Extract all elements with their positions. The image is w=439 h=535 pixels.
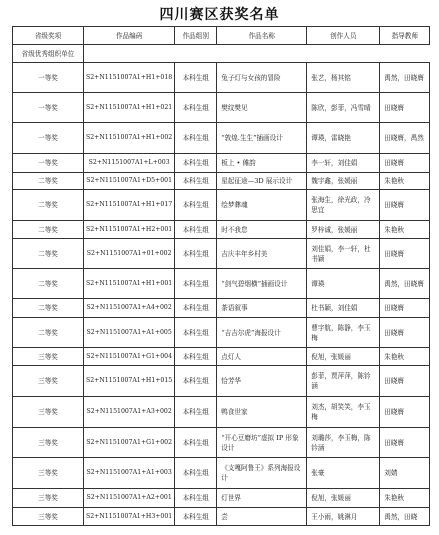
section-blank bbox=[84, 45, 430, 63]
creators-cell: 魏宇鑫，张媛丽 bbox=[307, 173, 380, 190]
award-cell: 二等奖 bbox=[13, 221, 84, 239]
work-name-cell: 《支嘎阿鲁王》系列海报设计 bbox=[217, 458, 307, 489]
work-name-cell: 点灯人 bbox=[217, 348, 307, 366]
advisor-cell: 田晓膺 bbox=[380, 366, 430, 397]
advisor-cell: 田晓膺 bbox=[380, 154, 430, 173]
creators-cell: 刘杰，胡笑笑，李玉梅 bbox=[307, 397, 380, 428]
advisor-cell: 田晓膺 bbox=[380, 397, 430, 428]
creators-cell: 谭瑛，雷晓艳 bbox=[307, 123, 380, 154]
header-code: 作品编码 bbox=[84, 27, 175, 45]
section-row-org: 省级优秀组织单位 bbox=[13, 45, 430, 63]
group-cell: 本科生组 bbox=[175, 397, 217, 428]
code-cell: S2+N1151007A1+A4+002 bbox=[84, 299, 175, 318]
creators-cell: 李一轩，刘佳娟 bbox=[307, 154, 380, 173]
creators-cell: 彭菲，贾萍萍，陈钤涵 bbox=[307, 366, 380, 397]
work-name-cell: 星起征途—3D 展示设计 bbox=[217, 173, 307, 190]
work-name-cell: 樊纹樊见 bbox=[217, 93, 307, 123]
table-row: 三等奖S2+N1151007A1+A1+003本科生组《支嘎阿鲁王》系列海报设计… bbox=[13, 458, 430, 489]
advisor-cell: 田晓膺 bbox=[380, 239, 430, 269]
advisor-cell: 田晓膺，禹然 bbox=[380, 123, 430, 154]
award-cell: 一等奖 bbox=[13, 123, 84, 154]
code-cell: S2+N1151007A1+A3+002 bbox=[84, 397, 175, 428]
header-advisor: 指导教师 bbox=[380, 27, 430, 45]
award-cell: 一等奖 bbox=[13, 63, 84, 93]
work-name-cell: “吉吉尔虎”海报设计 bbox=[217, 318, 307, 348]
work-name-cell: 吉庆丰年乡村美 bbox=[217, 239, 307, 269]
group-cell: 本科生组 bbox=[175, 269, 217, 299]
group-cell: 本科生组 bbox=[175, 93, 217, 123]
code-cell: S2+N1151007A1+D5+001 bbox=[84, 173, 175, 190]
code-cell: S2+N1151007A1+A2+001 bbox=[84, 489, 175, 508]
page-title: 四川赛区获奖名单 bbox=[0, 4, 439, 24]
award-cell: 二等奖 bbox=[13, 299, 84, 318]
creators-cell: 倪旭，张媛丽 bbox=[307, 348, 380, 366]
work-name-cell: 绘梦彝魂 bbox=[217, 190, 307, 221]
code-cell: S2+N1151007A1+H1+015 bbox=[84, 366, 175, 397]
table-row: 三等奖S2+N1151007A1+G1+002本科生组“开心豆磨坊”虚拟 IP … bbox=[13, 428, 430, 458]
advisor-cell: 田晓膺 bbox=[380, 318, 430, 348]
table-row: 二等奖S2+N1151007A1+H2+001本科生组时不我怠罗梓诚，张媛丽朱艳… bbox=[13, 221, 430, 239]
award-cell: 三等奖 bbox=[13, 397, 84, 428]
award-cell: 三等奖 bbox=[13, 348, 84, 366]
group-cell: 本科生组 bbox=[175, 173, 217, 190]
advisor-cell: 禹然，田晓膺 bbox=[380, 63, 430, 93]
table-row: 二等奖S2+N1151007A1+A1+005本科生组“吉吉尔虎”海报设计曹宇航… bbox=[13, 318, 430, 348]
creators-cell: 陈欣，彭菲，冯雪晴 bbox=[307, 93, 380, 123]
award-cell: 三等奖 bbox=[13, 508, 84, 526]
work-name-cell: 鸭食世家 bbox=[217, 397, 307, 428]
code-cell: S2+N1151007A1+H1+021 bbox=[84, 93, 175, 123]
code-cell: S2+N1151007A1+A1+005 bbox=[84, 318, 175, 348]
award-cell: 二等奖 bbox=[13, 190, 84, 221]
creators-cell: 倪旭，张媛丽 bbox=[307, 489, 380, 508]
group-cell: 本科生组 bbox=[175, 154, 217, 173]
award-cell: 三等奖 bbox=[13, 458, 84, 489]
code-cell: S2+N1151007A1+H2+001 bbox=[84, 221, 175, 239]
table-row: 三等奖S2+N1151007A1+H1+015本科生组恰芳华彭菲，贾萍萍，陈钤涵… bbox=[13, 366, 430, 397]
table-row: 二等奖S2+N1151007A1+H1+017本科生组绘梦彝魂张海生，徐光政，冷… bbox=[13, 190, 430, 221]
work-name-cell: 时不我怠 bbox=[217, 221, 307, 239]
section-label: 省级优秀组织单位 bbox=[13, 45, 84, 63]
table-row: 二等奖S2+N1151007A1+H1+001本科生组“剑气碧烟横”插画设计谭瑛… bbox=[13, 269, 430, 299]
work-name-cell: 茶语叙事 bbox=[217, 299, 307, 318]
group-cell: 本科生组 bbox=[175, 348, 217, 366]
group-cell: 本科生组 bbox=[175, 508, 217, 526]
table-row: 三等奖S2+N1151007A1+A2+001本科生组灯世界倪旭，张媛丽朱艳秋 bbox=[13, 489, 430, 508]
award-cell: 一等奖 bbox=[13, 93, 84, 123]
table-row: 三等奖S2+N1151007A1+H3+001本科生组尝王小雨，姚淋月禹然，田晓 bbox=[13, 508, 430, 526]
table-row: 一等奖S2+N1151007A1+H1+021本科生组樊纹樊见陈欣，彭菲，冯雪晴… bbox=[13, 93, 430, 123]
code-cell: S2+N1151007A1+G1+004 bbox=[84, 348, 175, 366]
award-cell: 二等奖 bbox=[13, 239, 84, 269]
work-name-cell: “开心豆磨坊”虚拟 IP 形象设计 bbox=[217, 428, 307, 458]
group-cell: 本科生组 bbox=[175, 123, 217, 154]
table-row: 二等奖S2+N1151007A1+01+002本科生组吉庆丰年乡村美刘佳娟，李一… bbox=[13, 239, 430, 269]
award-cell: 二等奖 bbox=[13, 269, 84, 299]
advisor-cell: 禹然，田晓 bbox=[380, 508, 430, 526]
group-cell: 本科生组 bbox=[175, 458, 217, 489]
award-cell: 三等奖 bbox=[13, 489, 84, 508]
code-cell: S2+N1151007A1+L+003 bbox=[84, 154, 175, 173]
award-cell: 三等奖 bbox=[13, 366, 84, 397]
creators-cell: 罗梓诚，张媛丽 bbox=[307, 221, 380, 239]
code-cell: S2+N1151007A1+H1+002 bbox=[84, 123, 175, 154]
advisor-cell: 朱艳秋 bbox=[380, 348, 430, 366]
work-name-cell: 兔子灯与女孩的冒险 bbox=[217, 63, 307, 93]
advisor-cell: 田晓膺 bbox=[380, 93, 430, 123]
advisor-cell: 朱艳秋 bbox=[380, 173, 430, 190]
advisor-cell: 田晓膺 bbox=[380, 428, 430, 458]
table-row: 三等奖S2+N1151007A1+A3+002本科生组鸭食世家刘杰，胡笑笑，李玉… bbox=[13, 397, 430, 428]
advisor-cell: 刘婧 bbox=[380, 458, 430, 489]
code-cell: S2+N1151007A1+H1+017 bbox=[84, 190, 175, 221]
group-cell: 本科生组 bbox=[175, 489, 217, 508]
award-cell: 一等奖 bbox=[13, 154, 84, 173]
advisor-cell: 田晓膺 bbox=[380, 299, 430, 318]
work-name-cell: 尝 bbox=[217, 508, 307, 526]
code-cell: S2+N1151007A1+A1+003 bbox=[84, 458, 175, 489]
group-cell: 本科生组 bbox=[175, 63, 217, 93]
group-cell: 本科生组 bbox=[175, 221, 217, 239]
work-name-cell: “剑气碧烟横”插画设计 bbox=[217, 269, 307, 299]
award-cell: 二等奖 bbox=[13, 173, 84, 190]
creators-cell: 张艺，杨其铭 bbox=[307, 63, 380, 93]
creators-cell: 杜书颖，刘佳娟 bbox=[307, 299, 380, 318]
creators-cell: 刘佳娟，李一轩，杜书颖 bbox=[307, 239, 380, 269]
code-cell: S2+N1151007A1+H3+001 bbox=[84, 508, 175, 526]
work-name-cell: “敦煌.生生”插画设计 bbox=[217, 123, 307, 154]
creators-cell: 张海生，徐光政，冷思宜 bbox=[307, 190, 380, 221]
award-cell: 二等奖 bbox=[13, 318, 84, 348]
header-creators: 创作人员 bbox=[307, 27, 380, 45]
code-cell: S2+N1151007A1+H1+001 bbox=[84, 269, 175, 299]
advisor-cell: 田晓膺 bbox=[380, 190, 430, 221]
table-row: 一等奖S2+N1151007A1+L+003本科生组板上 • 傩韵李一轩，刘佳娟… bbox=[13, 154, 430, 173]
awards-table: 省级奖项 作品编码 作品组别 作品名称 创作人员 指导教师 省级优秀组织单位 一… bbox=[12, 26, 430, 526]
creators-cell: 刘璐莎，李玉梅，陈钤涵 bbox=[307, 428, 380, 458]
group-cell: 本科生组 bbox=[175, 366, 217, 397]
advisor-cell: 朱艳秋 bbox=[380, 221, 430, 239]
advisor-cell: 朱艳秋 bbox=[380, 489, 430, 508]
table-row: 二等奖S2+N1151007A1+A4+002本科生组茶语叙事杜书颖，刘佳娟田晓… bbox=[13, 299, 430, 318]
code-cell: S2+N1151007A1+01+002 bbox=[84, 239, 175, 269]
work-name-cell: 灯世界 bbox=[217, 489, 307, 508]
table-header-row: 省级奖项 作品编码 作品组别 作品名称 创作人员 指导教师 bbox=[13, 27, 430, 45]
creators-cell: 谭瑛 bbox=[307, 269, 380, 299]
creators-cell: 曹宇航，陈静，李玉梅 bbox=[307, 318, 380, 348]
creators-cell: 张豪 bbox=[307, 458, 380, 489]
work-name-cell: 恰芳华 bbox=[217, 366, 307, 397]
group-cell: 本科生组 bbox=[175, 299, 217, 318]
code-cell: S2+N1151007A1+G1+002 bbox=[84, 428, 175, 458]
code-cell: S2+N1151007A1+H1+018 bbox=[84, 63, 175, 93]
table-row: 一等奖S2+N1151007A1+H1+018本科生组兔子灯与女孩的冒险张艺，杨… bbox=[13, 63, 430, 93]
header-award: 省级奖项 bbox=[13, 27, 84, 45]
group-cell: 本科生组 bbox=[175, 428, 217, 458]
creators-cell: 王小雨，姚淋月 bbox=[307, 508, 380, 526]
award-cell: 三等奖 bbox=[13, 428, 84, 458]
header-work-name: 作品名称 bbox=[217, 27, 307, 45]
advisor-cell: 禹然，田晓膺 bbox=[380, 269, 430, 299]
group-cell: 本科生组 bbox=[175, 190, 217, 221]
table-row: 三等奖S2+N1151007A1+G1+004本科生组点灯人倪旭，张媛丽朱艳秋 bbox=[13, 348, 430, 366]
table-row: 二等奖S2+N1151007A1+D5+001本科生组星起征途—3D 展示设计魏… bbox=[13, 173, 430, 190]
group-cell: 本科生组 bbox=[175, 318, 217, 348]
header-group: 作品组别 bbox=[175, 27, 217, 45]
group-cell: 本科生组 bbox=[175, 239, 217, 269]
work-name-cell: 板上 • 傩韵 bbox=[217, 154, 307, 173]
table-row: 一等奖S2+N1151007A1+H1+002本科生组“敦煌.生生”插画设计谭瑛… bbox=[13, 123, 430, 154]
